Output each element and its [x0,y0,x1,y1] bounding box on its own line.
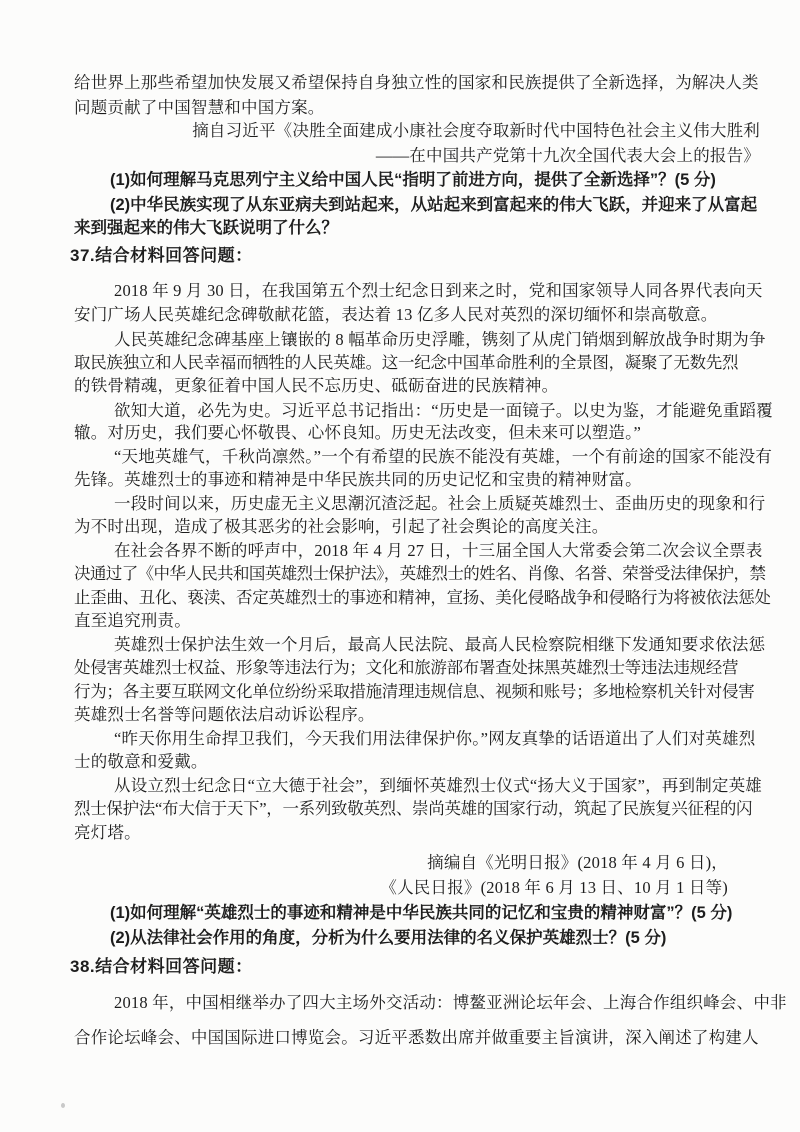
s37-p7-line-3: 行为；各主要互联网文化单位纷纷采取措施清理违规信息、视频和账号；多地检察机关针对… [74,681,754,703]
q36-question-2-line-2: 来到强起来的伟大飞跃说明了什么？ [74,217,338,239]
s37-p3-line-1: 欲知大道，必先为史。习近平总书记指出：“历史是一面镜子。以史为鉴，才能避免重蹈覆 [114,400,773,422]
s37-p5-line-1: 一段时间以来，历史虚无主义思潮沉渣泛起。社会上质疑英雄烈士、歪曲历史的现象和行 [114,493,765,515]
intro-line-1: 给世界上那些希望加快发展又希望保持自身独立性的国家和民族提供了全新选择，为解决人… [74,72,759,94]
s37-p4-line-1: “天地英雄气，千秋尚凛然。”一个有希望的民族不能没有英雄，一个有前途的国家不能没… [114,446,772,468]
q36-question-1: (1)如何理解马克思列宁主义给中国人民“指明了前进方向，提供了全新选择”？(5 … [110,169,716,191]
s37-p2-line-2: 取民族独立和人民幸福而牺牲的人民英雄。这一纪念中国革命胜利的全景图，凝聚了无数先… [74,352,738,374]
exam-page: 给世界上那些希望加快发展又希望保持自身独立性的国家和民族提供了全新选择，为解决人… [0,0,800,1132]
question-37-heading: 37.结合材料回答问题： [70,245,253,267]
s37-p9-line-1: 从设立烈士纪念日“立大德于社会”，到缅怀英雄烈士仪式“扬大义于国家”，再到制定英… [114,775,762,797]
scan-speck [61,1103,65,1108]
s37-p1-line-2: 安门广场人民英雄纪念碑敬献花篮，表达着 13 亿多人民对英烈的深切缅怀和崇高敬意… [74,304,717,326]
s37-p7-line-1: 英雄烈士保护法生效一个月后，最高人民法院、最高人民检察院相继下发通知要求依法惩 [114,634,765,656]
s37-p8-line-1: “昨天你用生命捍卫我们，今天我们用法律保护你。”网友真挚的话语道出了人们对英雄烈 [114,728,755,750]
question-38-heading: 38.结合材料回答问题： [70,956,253,978]
q37-question-1: (1)如何理解“英雄烈士的事迹和精神是中华民族共同的记忆和宝贵的精神财富”？(5… [110,902,732,924]
s37-p4-line-2: 先锋。英雄烈士的事迹和精神是中华民族共同的历史记忆和宝贵的精神财富。 [74,469,642,491]
s37-source-line-1: 摘编自《光明日报》(2018 年 4 月 6 日)， [427,852,728,874]
s37-p6-line-3: 止歪曲、丑化、亵渎、否定英雄烈士的事迹和精神，宣扬、美化侵略战争和侵略行为将被依… [74,587,771,609]
s37-p3-line-2: 辙。对历史，我们要心怀敬畏、心怀良知。历史无法改变，但未来可以塑造。” [74,422,641,444]
s38-p1-line-1: 2018 年，中国相继举办了四大主场外交活动：博鳌亚洲论坛年会、上海合作组织峰会… [114,992,787,1014]
citation-line-1: 摘自习近平《决胜全面建成小康社会度夺取新时代中国特色社会主义伟大胜利 [192,120,760,142]
s37-source-line-2: 《人民日报》(2018 年 6 月 13 日、10 月 1 日等) [380,877,728,899]
intro-line-2: 问题贡献了中国智慧和中国方案。 [74,97,325,119]
citation-line-2: ——在中国共产党第十九次全国代表大会上的报告》 [376,145,760,167]
s37-p7-line-2: 处侵害英雄烈士权益、形象等违法行为；文化和旅游部布署查处抹黑英雄烈士等违法违规经… [74,657,738,679]
s37-p6-line-1: 在社会各界不断的呼声中，2018 年 4 月 27 日，十三届全国人大常委会第二… [114,540,763,562]
s37-p8-line-2: 士的敬意和爱戴。 [74,751,208,773]
s37-p7-line-4: 英雄烈士名誉等问题依法启动诉讼程序。 [74,704,375,726]
s37-p9-line-2: 烈士保护法“布大信于天下”，一系列致敬英烈、崇尚英雄的国家行动，筑起了民族复兴征… [74,798,752,820]
s37-p2-line-1: 人民英雄纪念碑基座上镶嵌的 8 幅革命历史浮雕，镌刻了从虎门销烟到解放战争时期为… [114,329,766,351]
s37-p6-line-2: 决通过了《中华人民共和国英雄烈士保护法》，英雄烈士的姓名、肖像、名誉、荣誉受法律… [74,563,765,585]
s37-p6-line-4: 直至追究刑责。 [74,610,191,632]
s38-p1-line-2: 合作论坛峰会、中国国际进口博览会。习近平悉数出席并做重要主旨演讲，深入阐述了构建… [74,1027,759,1049]
q36-question-2-line-1: (2)中华民族实现了从东亚病夫到站起来，从站起来到富起来的伟大飞跃，并迎来了从富… [110,194,757,216]
s37-p9-line-3: 亮灯塔。 [74,822,141,844]
s37-p2-line-3: 的铁骨精魂，更象征着中国人民不忘历史、砥砺奋进的民族精神。 [74,375,558,397]
s37-p1-line-1: 2018 年 9 月 30 日，在我国第五个烈士纪念日到来之时，党和国家领导人同… [114,280,763,302]
s37-p5-line-2: 为不时出现，造成了极其恶劣的社会影响，引起了社会舆论的高度关注。 [74,516,608,538]
q37-question-2: (2)从法律社会作用的角度，分析为什么要用法律的名义保护英雄烈士？(5 分) [110,927,666,949]
